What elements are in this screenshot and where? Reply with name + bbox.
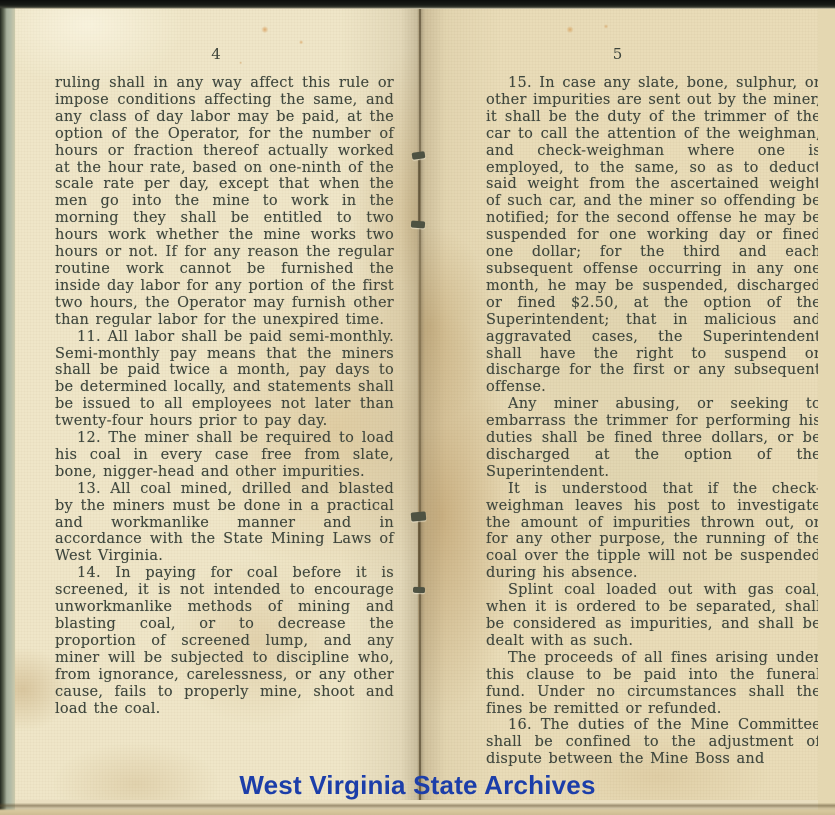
paragraph: Any miner abusing, or seeking to embarra… <box>486 396 821 481</box>
spine-stitch <box>413 587 425 593</box>
page-number: 5 <box>418 45 818 63</box>
spine-stitch <box>411 221 425 229</box>
page-right: 5 15. In case any slate, bone, sulphur, … <box>418 9 818 800</box>
spine-stitch <box>411 511 427 521</box>
spine-crease <box>419 9 421 800</box>
page-left: 4 ruling shall in any way affect this ru… <box>15 9 418 800</box>
paragraph: ruling shall in any way affect this rule… <box>55 75 394 329</box>
paragraph: 11. All labor shall be paid semi-monthly… <box>55 329 394 430</box>
page-number: 4 <box>15 45 418 63</box>
book-cover-edge <box>0 0 15 815</box>
paragraph: 13. All coal mined, drilled and blasted … <box>55 481 394 566</box>
spine-thread <box>418 520 420 590</box>
page-text: 15. In case any slate, bone, sulphur, or… <box>486 75 821 768</box>
paragraph: It is understood that if the check-weigh… <box>486 481 821 582</box>
paragraph: 12. The miner shall be required to load … <box>55 430 394 481</box>
book-top-edge <box>0 0 835 9</box>
archive-watermark-caption: West Virginia State Archives <box>0 770 835 801</box>
page-stack-edge <box>818 9 835 815</box>
paragraph: 16. The duties of the Mine Committee sha… <box>486 717 821 768</box>
page-text: ruling shall in any way affect this rule… <box>55 75 394 717</box>
paragraph: The proceeds of all fines arising under … <box>486 650 821 718</box>
book-scan: 4 ruling shall in any way affect this ru… <box>0 0 835 815</box>
paragraph: Splint coal loaded out with gas coal, wh… <box>486 582 821 650</box>
spine-thread <box>418 160 420 226</box>
paragraph: 15. In case any slate, bone, sulphur, or… <box>486 75 821 396</box>
paragraph: 14. In paying for coal before it is scre… <box>55 565 394 717</box>
